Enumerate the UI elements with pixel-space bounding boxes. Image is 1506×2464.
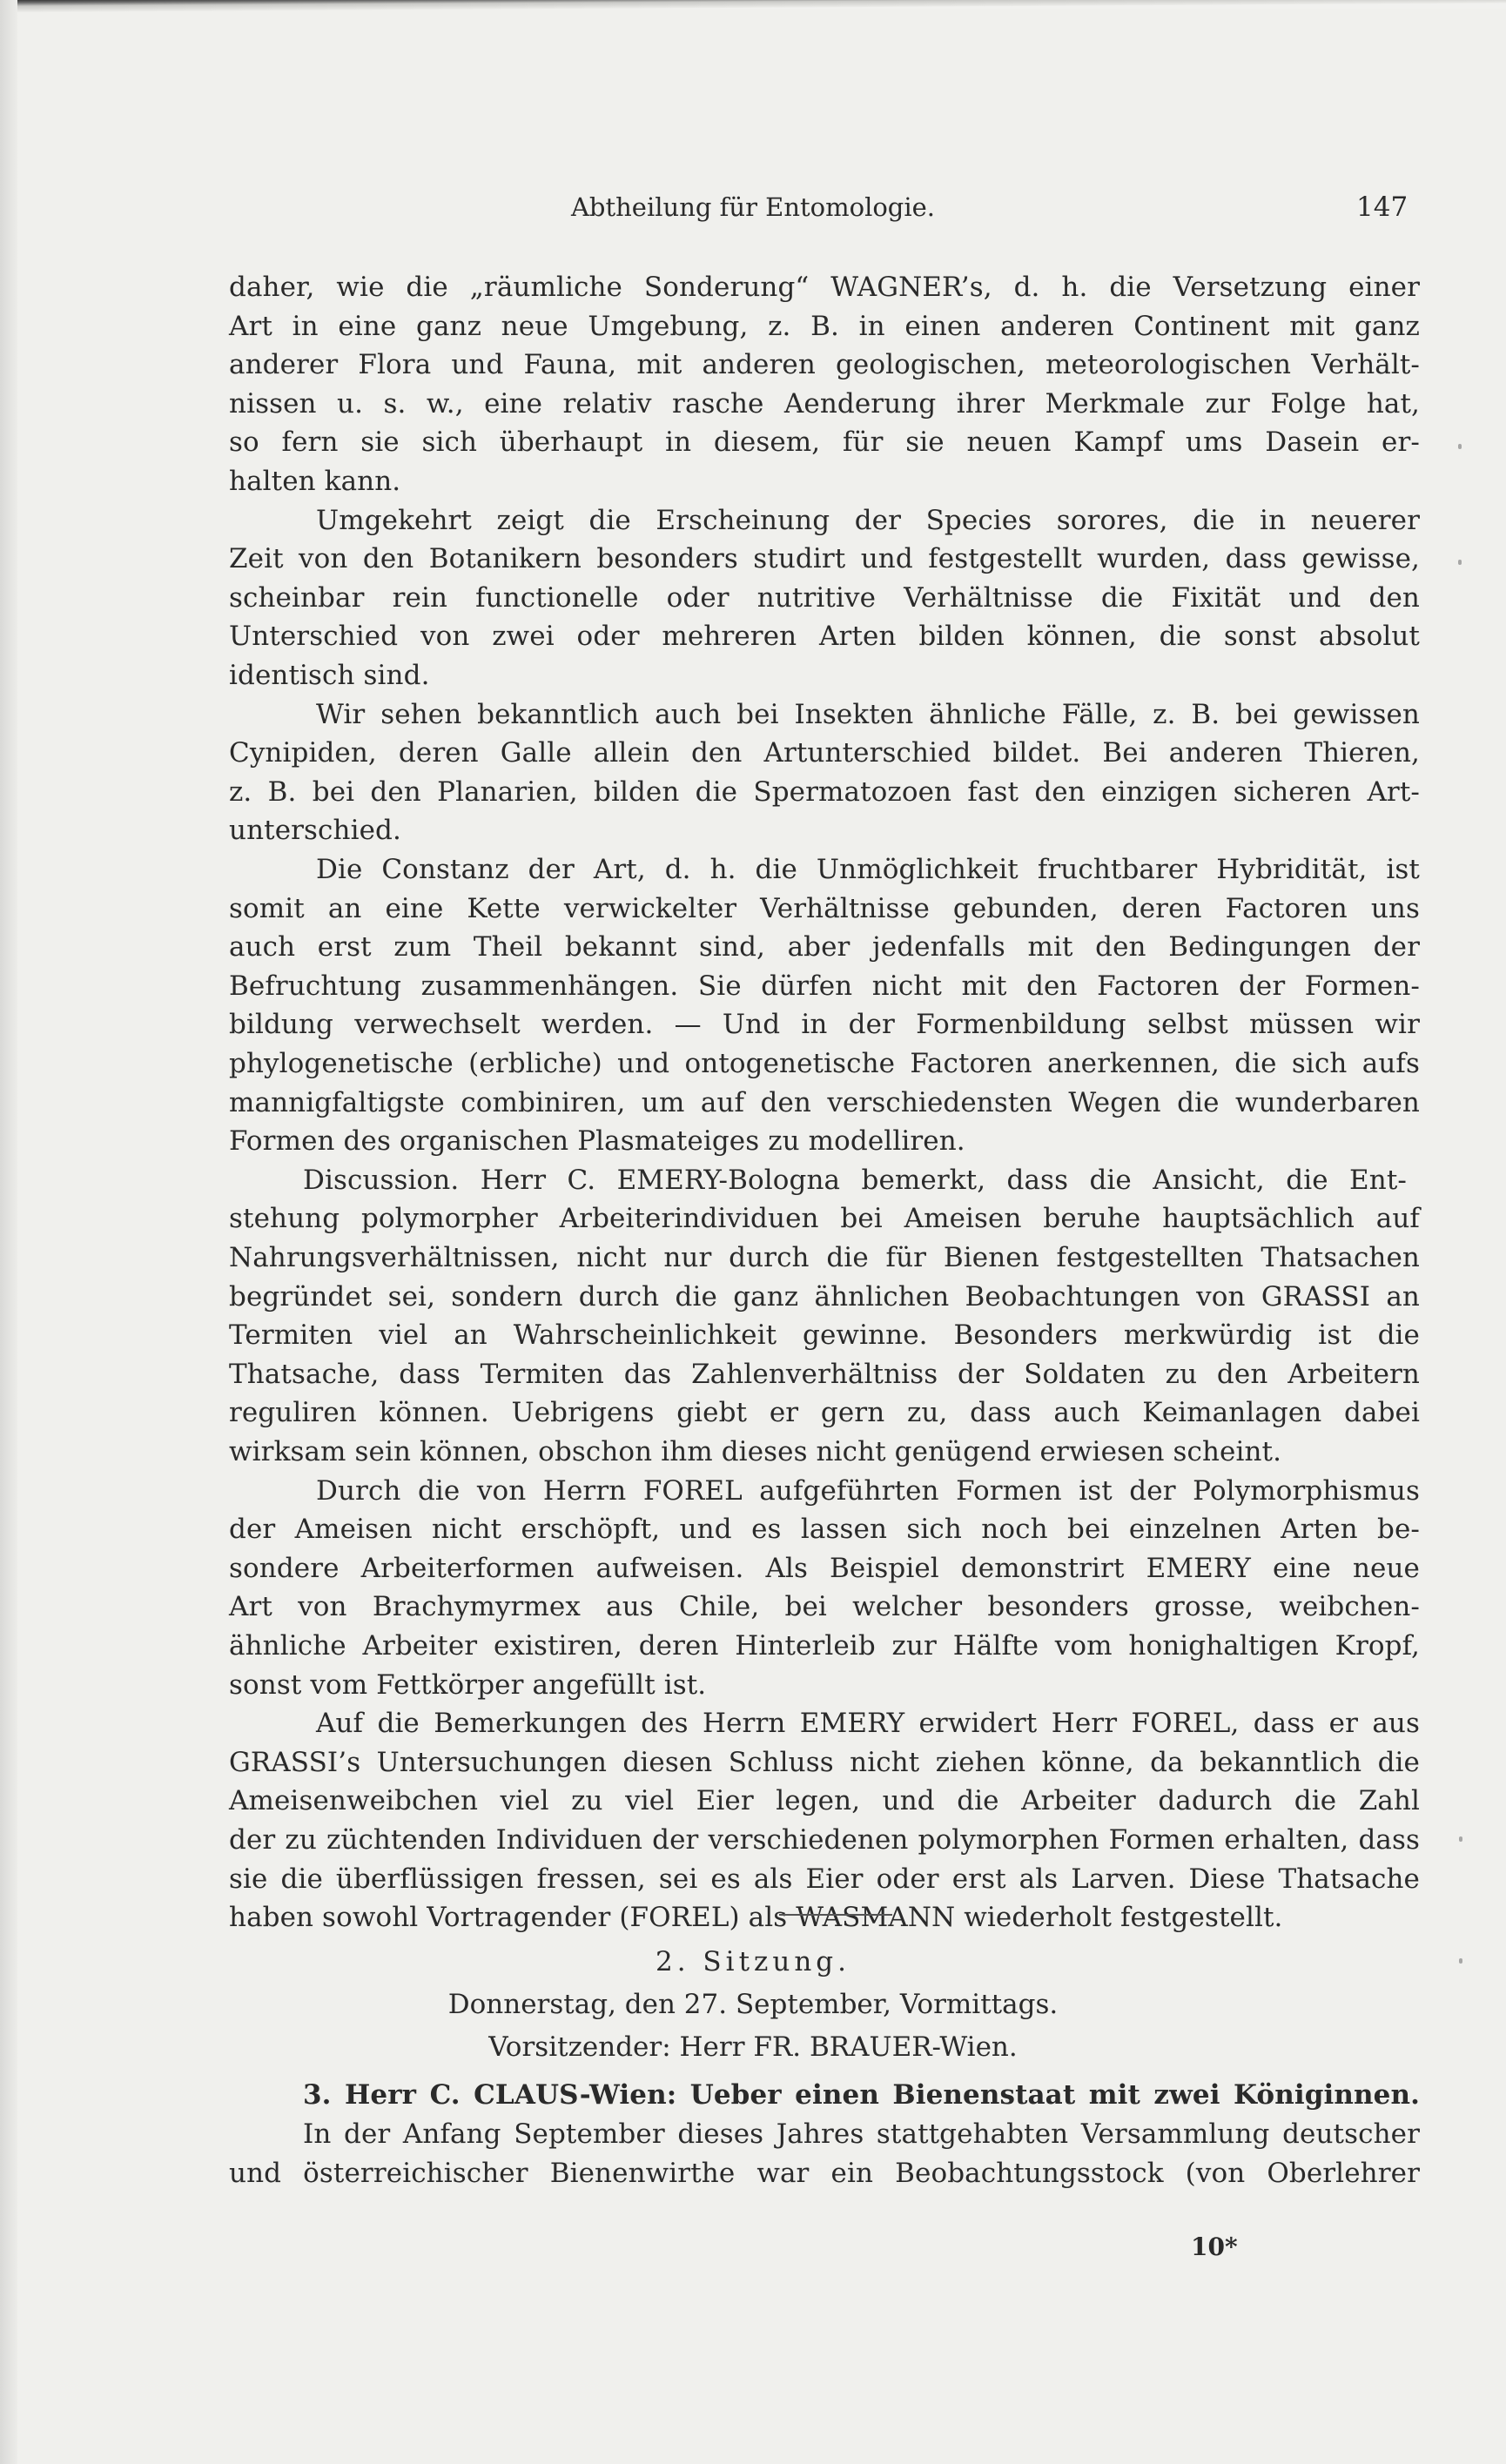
body-line: sie die überflüssigen fressen, sei es al… (229, 1862, 1420, 1897)
body-line: Discussion. Herr C. EMERY-Bologna bemerk… (229, 1163, 1407, 1198)
body-line: Termiten viel an Wahrscheinlichkeit gewi… (229, 1318, 1420, 1353)
body-line: Thatsache, dass Termiten das Zahlenverhä… (229, 1357, 1420, 1392)
body-line: identisch sind. (229, 658, 1420, 693)
body-line: Umgekehrt zeigt die Erscheinung der Spec… (229, 503, 1420, 538)
body-line: begründet sei, sondern durch die ganz äh… (229, 1279, 1420, 1314)
margin-speck (1458, 444, 1462, 449)
body-line: der zu züchtenden Individuen der verschi… (229, 1823, 1420, 1857)
body-line: auch erst zum Theil bekannt sind, aber j… (229, 930, 1420, 964)
body-line: mannigfaltigste combiniren, um auf den v… (229, 1085, 1420, 1120)
body-line: scheinbar rein functionelle oder nutriti… (229, 581, 1420, 615)
body-line: Unterschied von zwei oder mehreren Arten… (229, 619, 1420, 654)
body-line: der Ameisen nicht erschöpft, und es lass… (229, 1512, 1420, 1547)
body-line: z. B. bei den Planarien, bilden die Sper… (229, 775, 1420, 809)
body-line: Durch die von Herrn FOREL aufgeführten F… (229, 1474, 1420, 1508)
session-paragraph-line: und österreichischer Bienenwirthe war ei… (229, 2156, 1420, 2191)
body-line: Ameisenweibchen viel zu viel Eier legen,… (229, 1783, 1420, 1818)
body-line: somit an eine Kette verwickelter Verhält… (229, 891, 1420, 926)
body-line: Nahrungsverhältnissen, nicht nur durch d… (229, 1240, 1420, 1275)
margin-speck (1459, 1836, 1462, 1842)
body-line: Cynipiden, deren Galle allein den Artunt… (229, 735, 1420, 770)
body-line: Art in eine ganz neue Umgebung, z. B. in… (229, 309, 1420, 344)
talk-heading: 3. Herr C. CLAUS-Wien: Ueber einen Biene… (229, 2078, 1420, 2112)
page-number: 147 (1356, 190, 1408, 225)
body-line: Zeit von den Botanikern besonders studir… (229, 541, 1420, 576)
body-line: Wir sehen bekanntlich auch bei Insekten … (229, 697, 1420, 732)
body-line: anderer Flora und Fauna, mit anderen geo… (229, 347, 1420, 382)
margin-speck (1459, 1958, 1462, 1964)
body-line: sondere Arbeiterformen aufweisen. Als Be… (229, 1551, 1420, 1586)
body-line: wirksam sein können, obschon ihm dieses … (229, 1434, 1420, 1469)
body-line: so fern sie sich überhaupt in diesem, fü… (229, 425, 1420, 460)
body-line: Die Constanz der Art, d. h. die Unmöglic… (229, 852, 1420, 887)
page-left-edge (0, 0, 17, 2464)
section-divider (779, 1914, 892, 1916)
body-line: phylogenetische (erbliche) und ontogenet… (229, 1046, 1420, 1081)
session-title: 2. Sitzung. (0, 1944, 1506, 1979)
body-line: GRASSI’s Untersuchungen diesen Schluss n… (229, 1745, 1420, 1780)
body-line: nissen u. s. w., eine relativ rasche Aen… (229, 386, 1420, 421)
body-line: ähnliche Arbeiter existiren, deren Hinte… (229, 1628, 1420, 1663)
body-line: Auf die Bemerkungen des Herrn EMERY erwi… (229, 1706, 1420, 1741)
body-line: reguliren können. Uebrigens giebt er ger… (229, 1395, 1420, 1430)
body-line: Befruchtung zusammenhängen. Sie dürfen n… (229, 969, 1420, 1004)
body-line: Formen des organischen Plasmateiges zu m… (229, 1124, 1420, 1158)
body-line: unterschied. (229, 813, 1420, 848)
body-line: haben sowohl Vortragender (FOREL) als WA… (229, 1900, 1420, 1935)
session-chair: Vorsitzender: Herr FR. BRAUER-Wien. (0, 2030, 1506, 2065)
running-title: Abtheilung für Entomologie. (0, 190, 1506, 225)
signature-mark: 10* (1191, 2230, 1238, 2265)
session-date: Donnerstag, den 27. September, Vormittag… (0, 1987, 1506, 2022)
body-line: stehung polymorpher Arbeiterindividuen b… (229, 1201, 1420, 1236)
margin-speck (1458, 560, 1462, 565)
body-line: sonst vom Fettkörper angefüllt ist. (229, 1668, 1420, 1702)
body-line: halten kann. (229, 464, 1420, 499)
body-line: daher, wie die „räumliche Sonderung“ WAG… (229, 270, 1420, 305)
body-line: bildung verwechselt werden. — Und in der… (229, 1007, 1420, 1042)
body-line: Art von Brachymyrmex aus Chile, bei welc… (229, 1589, 1420, 1624)
session-paragraph-line: In der Anfang September dieses Jahres st… (229, 2117, 1420, 2152)
